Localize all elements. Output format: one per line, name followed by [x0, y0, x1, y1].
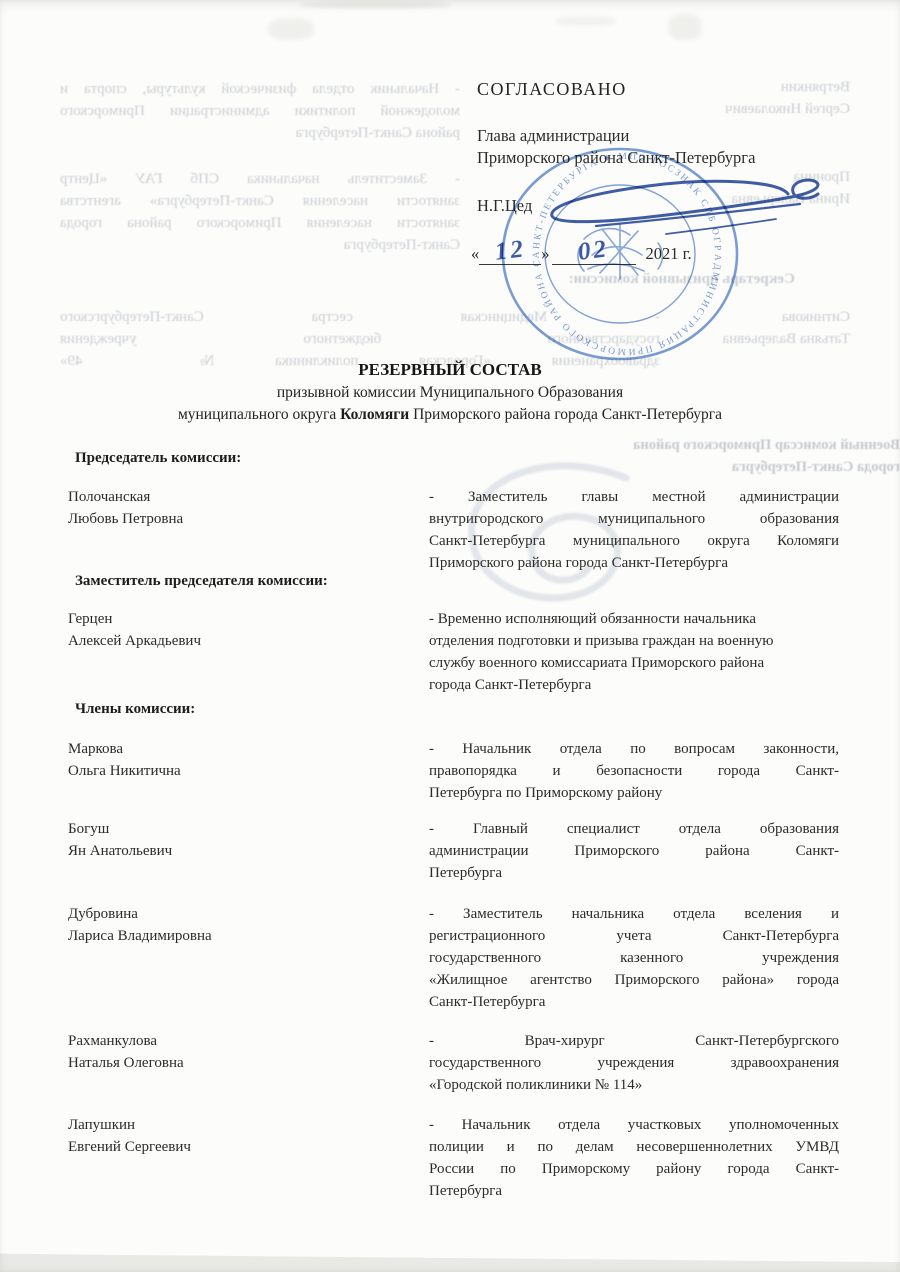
member-name: Герцен Алексей Аркадьевич: [68, 608, 368, 652]
member-name: Маркова Ольга Никитична: [68, 738, 368, 782]
member-name: Полочанская Любовь Петровна: [68, 486, 368, 530]
member-role: - Начальник отдела участковых уполномоче…: [429, 1114, 839, 1202]
member-role: - Заместитель главы местной администраци…: [429, 486, 839, 574]
member-role: - Начальник отдела по вопросам законност…: [429, 738, 839, 804]
bleed-line: района Санкт-Петербурга: [60, 122, 460, 144]
document-title: РЕЗЕРВНЫЙ СОСТАВ призывной комиссии Муни…: [60, 358, 840, 426]
bleed-through-commissar-block: Военный комиссар Приморского района горо…: [628, 434, 900, 478]
member-role: - Временно исполняющий обязанности начал…: [429, 608, 839, 696]
approver-signature: [538, 172, 834, 246]
section-heading-deputy-chairman: Заместитель председателя комиссии:: [75, 570, 328, 592]
member-name: Рахманкулова Наталья Олеговна: [68, 1030, 368, 1074]
section-heading-members: Члены комиссии:: [75, 698, 195, 720]
approval-label: СОГЛАСОВАНО: [477, 78, 627, 100]
scanned-document-page: - Начальник отдела физической культуры, …: [0, 0, 900, 1272]
scan-smudge: [300, 2, 450, 8]
scan-smudge: [556, 16, 616, 26]
title-municipality-name: Коломяги: [340, 406, 409, 423]
member-name: Дубровина Лариса Владимировна: [68, 903, 368, 947]
bleed-line: - Заместитель начальника СПб ГАУ «Центр: [60, 168, 460, 190]
scan-smudge: [668, 14, 702, 40]
title-line1: РЕЗЕРВНЫЙ СОСТАВ: [60, 358, 840, 382]
member-name: Лапушкин Евгений Сергеевич: [68, 1114, 368, 1158]
bleed-line: занятости населения Приморского района г…: [60, 212, 460, 234]
open-quote: «: [471, 243, 479, 265]
title-line2: призывной комиссии Муниципального Образо…: [60, 382, 840, 404]
bleed-through-role-block: - Начальник отдела физической культуры, …: [60, 78, 460, 144]
member-role: - Заместитель начальника отдела вселения…: [429, 903, 839, 1013]
member-name: Богуш Ян Анатольевич: [68, 818, 368, 862]
section-heading-chairman: Председатель комиссии:: [75, 447, 241, 469]
bleed-through-role-block: - Заместитель начальника СПб ГАУ «Центр …: [60, 168, 460, 256]
bleed-through-name: Ветрянкин Сергей Николаевич: [600, 76, 850, 120]
member-role: - Врач-хирург Санкт-Петербургского госуд…: [429, 1030, 839, 1096]
bleed-line: Санкт-Петербурга: [60, 234, 460, 256]
bleed-line: занятости населения Санкт-Петербурга» аг…: [60, 190, 460, 212]
bleed-line: - Начальник отдела физической культуры, …: [60, 78, 460, 100]
member-role: - Главный специалист отдела образования …: [429, 818, 839, 884]
bleed-line: молодежной политики администрации Примор…: [60, 100, 460, 122]
scan-smudge: [268, 18, 314, 40]
scan-bottom-edge: [0, 1246, 900, 1272]
title-line3: муниципального округа Коломяги Приморско…: [60, 404, 840, 426]
